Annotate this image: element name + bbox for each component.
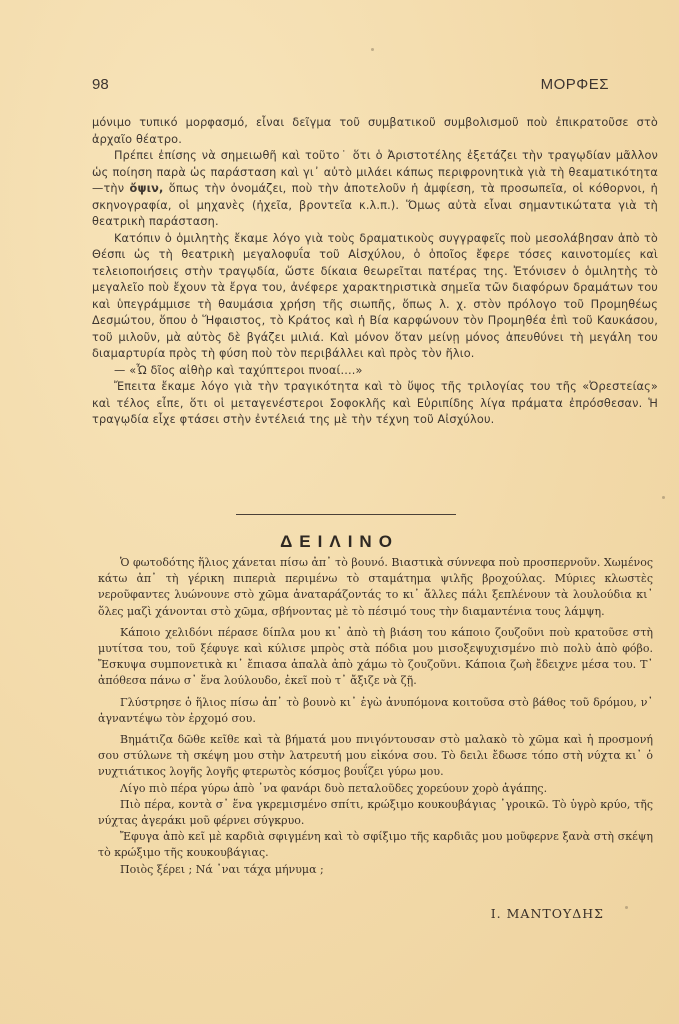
magazine-page: 98 ΜΟΡΦΕΣ μόνιμο τυπικό μορφασμό, εἶναι … [0,0,679,1024]
paper-speck [662,496,665,499]
quotation: — «Ὦ δῖος αἰθὴρ καὶ ταχύπτεροι πνοαί....… [92,363,658,380]
paragraph: Γλύστρησε ὁ ἥλιος πίσω ἀπ᾿ τὸ βουνὸ κι᾿ … [98,695,653,727]
page-number: 98 [92,76,109,93]
paragraph: Πρέπει ἐπίσης νὰ σημειωθῆ καὶ τοῦτο˙ ὅτι… [92,148,658,231]
paragraph: Ποιὸς ξέρει ; Νά ᾿ναι τάχα μήνυμα ; [98,862,653,878]
prose-poem: Ὁ φωτοδότης ἥλιος χάνεται πίσω ἀπ᾿ τὸ βο… [98,555,653,878]
paragraph: Ἔφυγα ἀπὸ κεῖ μὲ καρδιὰ σφιγμένη καὶ τὸ … [98,829,653,861]
paragraph: Πιὸ πέρα, κοντὰ σ᾿ ἕνα γκρεμισμένο σπίτι… [98,797,653,829]
paper-speck [371,48,374,51]
running-title: ΜΟΡΦΕΣ [541,76,609,93]
paragraph: Κατόπιν ὁ ὁμιλητὴς ἔκαμε λόγο γιὰ τοὺς δ… [92,231,658,363]
paragraph: Βημάτιζα δῶθε κεῖθε καὶ τὰ βήματά μου πν… [98,732,653,781]
author-signature: Ι. ΜΑΝΤΟΥΔΗΣ [491,906,604,921]
paragraph: μόνιμο τυπικό μορφασμό, εἶναι δεῖγμα τοῦ… [92,115,658,148]
bold-term: ὄψιν, [130,182,164,195]
paper-speck [625,906,628,909]
paragraph: Λίγο πιὸ πέρα γύρω ἀπὸ ᾿να φανάρι δυὸ πε… [98,781,653,797]
paragraph: Ἔπειτα ἔκαμε λόγο γιὰ τὴν τραγικότητα κα… [92,379,658,429]
paragraph: Κάποιο χελιδόνι πέρασε δίπλα μου κι᾿ ἀπὸ… [98,625,653,690]
lecture-report-article: μόνιμο τυπικό μορφασμό, εἶναι δεῖγμα τοῦ… [92,115,658,429]
section-divider [236,514,456,515]
paragraph: Ὁ φωτοδότης ἥλιος χάνεται πίσω ἀπ᾿ τὸ βο… [98,555,653,620]
page-header: 98 ΜΟΡΦΕΣ [92,76,609,98]
paragraph-text: ὅπως τὴν ὀνομάζει, ποὺ τὴν ἀποτελοῦν ἡ ἀ… [92,182,658,228]
poem-title: ΔΕΙΛΙΝΟ [0,532,679,552]
